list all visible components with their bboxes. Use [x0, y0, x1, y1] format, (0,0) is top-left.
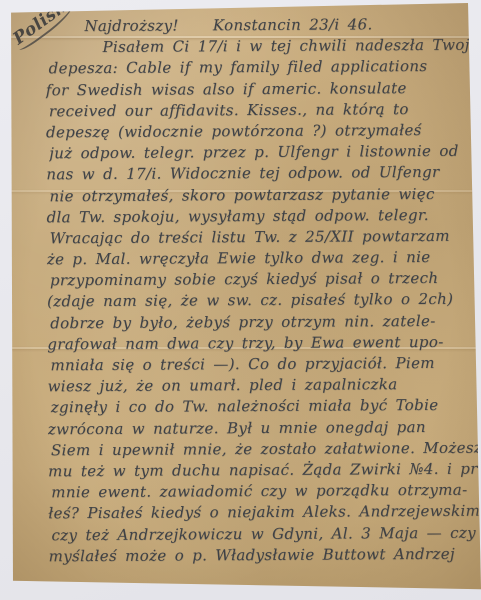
letter-line: już odpow. telegr. przez p. Ulfengr i li…	[49, 141, 476, 165]
letter-line: zwrócona w naturze. Był u mnie onegdaj p…	[48, 416, 478, 440]
letter-line: grafował nam dwa czy trzy, by Ewa ewent …	[47, 331, 477, 355]
letter-line: depesza: Cable if my family filed applic…	[49, 56, 476, 80]
letter-line: mnie ewent. zawiadomić czy w porządku ot…	[51, 480, 478, 504]
letter-paper: Polish Najdroższy! Konstancin 23/i 46. P…	[0, 0, 481, 600]
letter-line: Siem i upewnił mnie, że zostało załatwio…	[51, 437, 478, 461]
salutation: Najdroższy!	[84, 16, 178, 35]
letter-line: received our affidavits. Kisses., na któ…	[49, 98, 476, 122]
letter-body: Najdroższy! Konstancin 23/i 46. Pisałem …	[36, 14, 478, 568]
letter-heading-line: Najdroższy! Konstancin 23/i 46.	[84, 14, 475, 38]
letter-line: łeś? Pisałeś kiedyś o niejakim Aleks. An…	[48, 501, 478, 525]
letter-line: depeszę (widocznie powtórzona ?) otrzyma…	[46, 120, 476, 144]
place-date: Konstancin 23/i 46.	[213, 15, 373, 34]
letter-line: mu też w tym duchu napisać. Żąda Zwirki …	[48, 459, 478, 483]
letter-line: przypominamy sobie czyś kiedyś pisał o t…	[50, 268, 477, 292]
scan-background: Polish Najdroższy! Konstancin 23/i 46. P…	[0, 0, 481, 600]
letter-line: Pisałem Ci 17/i i w tej chwili nadeszła …	[102, 35, 475, 58]
letter-line: nie otrzymałeś, skoro powtarzasz pytanie…	[49, 183, 476, 207]
letter-line: nas w d. 17/i. Widocznie tej odpow. od U…	[46, 162, 476, 186]
letter-line: zginęły i co do Tw. należności miała być…	[51, 395, 478, 419]
letter-line: wiesz już, że on umarł. pled i zapalnicz…	[48, 374, 478, 398]
letter-line: myślałeś może o p. Władysławie Buttowt A…	[49, 543, 479, 567]
letter-line: że p. Mal. wręczyła Ewie tylko dwa zeg. …	[47, 247, 477, 271]
letter-line: mniała się o treści —). Co do przyjaciół…	[50, 353, 477, 377]
letter-line: for Swedish wisas also if americ. konsul…	[46, 77, 476, 101]
letter-line: (zdaje nam się, że w sw. cz. pisałeś tyl…	[47, 289, 477, 313]
letter-line: dla Tw. spokoju, wysyłamy stąd odpow. te…	[46, 204, 476, 228]
letter-line: Wracając do treści listu Tw. z 25/XII po…	[50, 226, 477, 250]
letter-line: czy też Andrzejkowiczu w Gdyni, Al. 3 Ma…	[51, 522, 478, 546]
letter-line: dobrze by było, żebyś przy otrzym nin. z…	[50, 310, 477, 334]
